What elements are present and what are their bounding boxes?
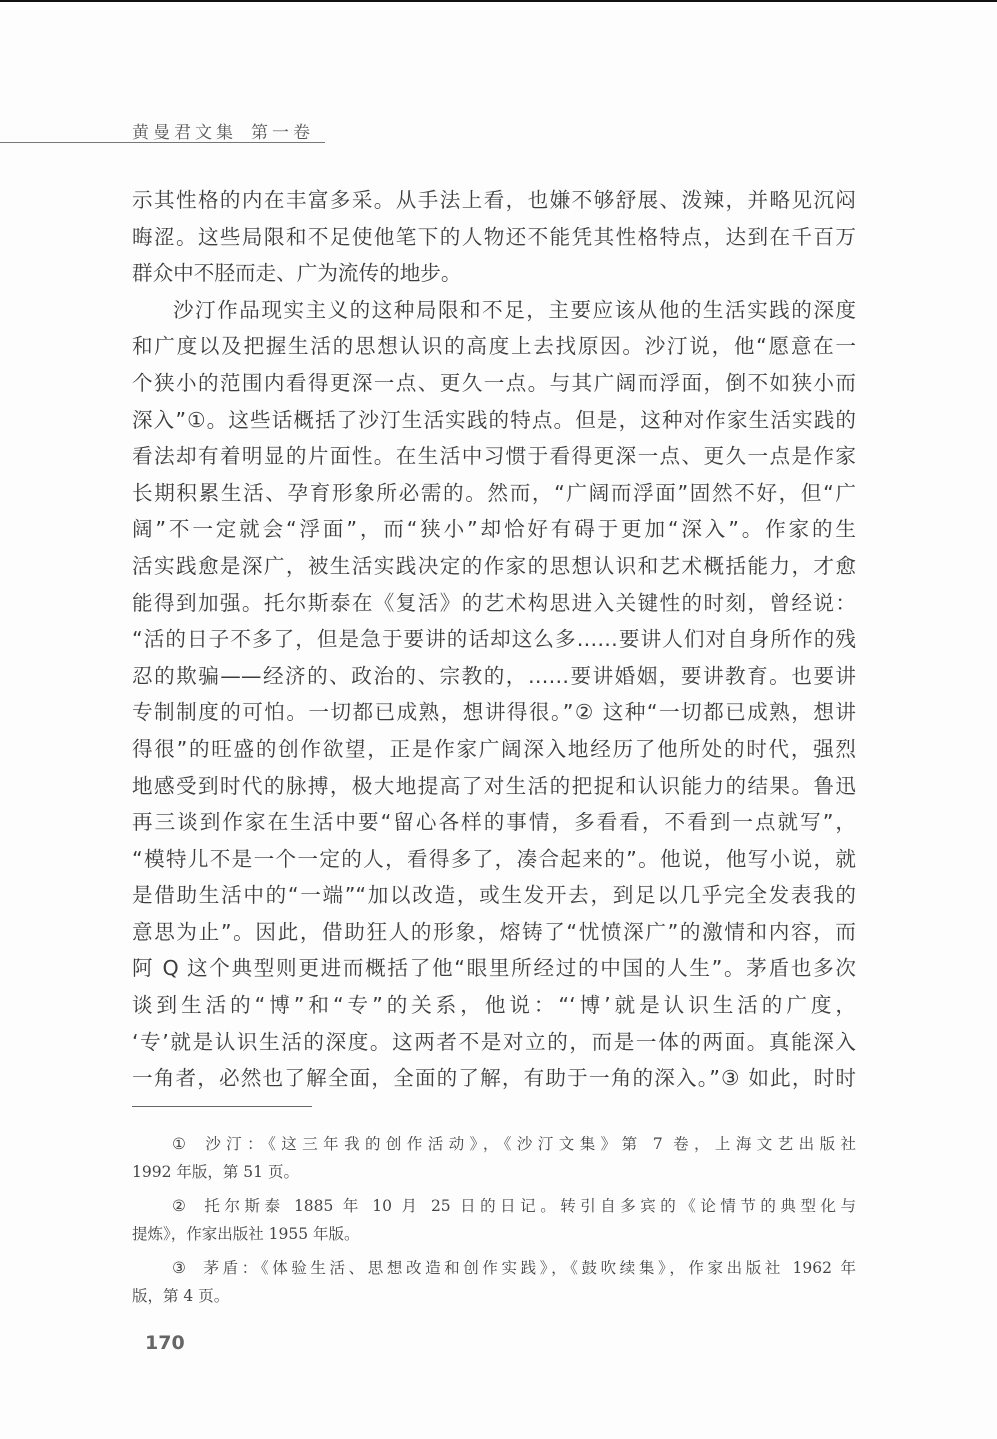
footnote-3: ③茅盾：《体验生活、思想改造和创作实践》，《鼓吹续集》，作家出版社 1962 年… [132,1254,856,1310]
text-line: 长期积累生活、孕育形象所必需的。然而，“广阔而浮面”固然不好，但“广 [132,475,856,512]
text-line: 阿 Q 这个典型则更进而概括了他“眼里所经过的中国的人生”。茅盾也多次 [132,950,856,987]
footnote-text: 沙汀：《这三年我的创作活动》，《沙汀文集》第 7 卷，上海文艺出版社 [205,1135,856,1153]
book-title: 黄曼君文集 [132,123,237,143]
text-line: 示其性格的内在丰富多采。从手法上看，也嫌不够舒展、泼辣，并略见沉闷 [132,182,856,219]
footnote-text: 茅盾：《体验生活、思想改造和创作实践》，《鼓吹续集》，作家出版社 1962 年 [204,1259,856,1277]
header-rule [0,142,325,143]
text-line: “模特儿不是一个一定的人，看得多了，凑合起来的”。他说，他写小说，就 [132,841,856,878]
body-text: 示其性格的内在丰富多采。从手法上看，也嫌不够舒展、泼辣，并略见沉闷 晦涩。这些局… [132,182,856,1097]
text-line: 沙汀作品现实主义的这种局限和不足，主要应该从他的生活实践的深度 [132,292,856,329]
text-line: ‘专’就是认识生活的深度。这两者不是对立的，而是一体的两面。真能深入 [132,1024,856,1061]
text-line: 是借助生活中的“一端”“加以改造，或生发开去，到足以几乎完全发表我的 [132,877,856,914]
text-line: 看法却有着明显的片面性。在生活中习惯于看得更深一点、更久一点是作家 [132,438,856,475]
page-number: 170 [145,1332,185,1354]
footnote-marker: ② [172,1197,190,1215]
text-line: 个狭小的范围内看得更深一点、更久一点。与其广阔而浮面，倒不如狭小而 [132,365,856,402]
footnotes: ①沙汀：《这三年我的创作活动》，《沙汀文集》第 7 卷，上海文艺出版社 1992… [132,1130,856,1316]
text-line: 得很”的旺盛的创作欲望，正是作家广阔深入地经历了他所处的时代，强烈 [132,731,856,768]
top-border [0,0,997,2]
footnote-marker: ③ [172,1259,190,1277]
running-header: 黄曼君文集第一卷 [132,118,314,143]
text-line: 晦涩。这些局限和不足使他笔下的人物还不能凭其性格特点，达到在千百万 [132,219,856,256]
text-line: 地感受到时代的脉搏，极大地提高了对生活的把捉和认识能力的结果。鲁迅 [132,768,856,805]
footnote-text: 提炼》，作家出版社 1955 年版。 [132,1220,856,1248]
footnote-1: ①沙汀：《这三年我的创作活动》，《沙汀文集》第 7 卷，上海文艺出版社 1992… [132,1130,856,1186]
volume-label: 第一卷 [251,123,314,143]
footnote-text: 托尔斯泰 1885 年 10 月 25 日的日记。转引自多宾的《论情节的典型化与 [204,1197,856,1215]
text-line: 再三谈到作家在生活中要“留心各样的事情，多看看，不看到一点就写”， [132,804,856,841]
text-line: 忍的欺骗——经济的、政治的、宗教的，……要讲婚姻，要讲教育。也要讲 [132,658,856,695]
text-line: 能得到加强。托尔斯泰在《复活》的艺术构思进入关键性的时刻，曾经说： [132,585,856,622]
footnote-marker: ① [172,1135,191,1153]
footnote-text: 版，第 4 页。 [132,1282,856,1310]
text-line: 群众中不胫而走、广为流传的地步。 [132,255,856,292]
footnote-rule [132,1106,312,1107]
text-line: 阔”不一定就会“浮面”，而“狭小”却恰好有碍于更加“深入”。作家的生 [132,511,856,548]
footnote-text: 1992 年版，第 51 页。 [132,1158,856,1186]
text-line: 深入”①。这些话概括了沙汀生活实践的特点。但是，这种对作家生活实践的 [132,402,856,439]
text-line: 和广度以及把握生活的思想认识的高度上去找原因。沙汀说，他“愿意在一 [132,328,856,365]
text-line: 谈到生活的“博”和“专”的关系，他说：“‘博’就是认识生活的广度， [132,987,856,1024]
text-line: 活实践愈是深广，被生活实践决定的作家的思想认识和艺术概括能力，才愈 [132,548,856,585]
text-line: 意思为止”。因此，借助狂人的形象，熔铸了“忧愤深广”的激情和内容，而 [132,914,856,951]
text-line: 专制制度的可怕。一切都已成熟，想讲得很。”② 这种“一切都已成熟，想讲 [132,694,856,731]
text-line: 一角者，必然也了解全面，全面的了解，有助于一角的深入。”③ 如此，时时 [132,1060,856,1097]
footnote-2: ②托尔斯泰 1885 年 10 月 25 日的日记。转引自多宾的《论情节的典型化… [132,1192,856,1248]
text-line: “活的日子不多了，但是急于要讲的话却这么多……要讲人们对自身所作的残 [132,621,856,658]
